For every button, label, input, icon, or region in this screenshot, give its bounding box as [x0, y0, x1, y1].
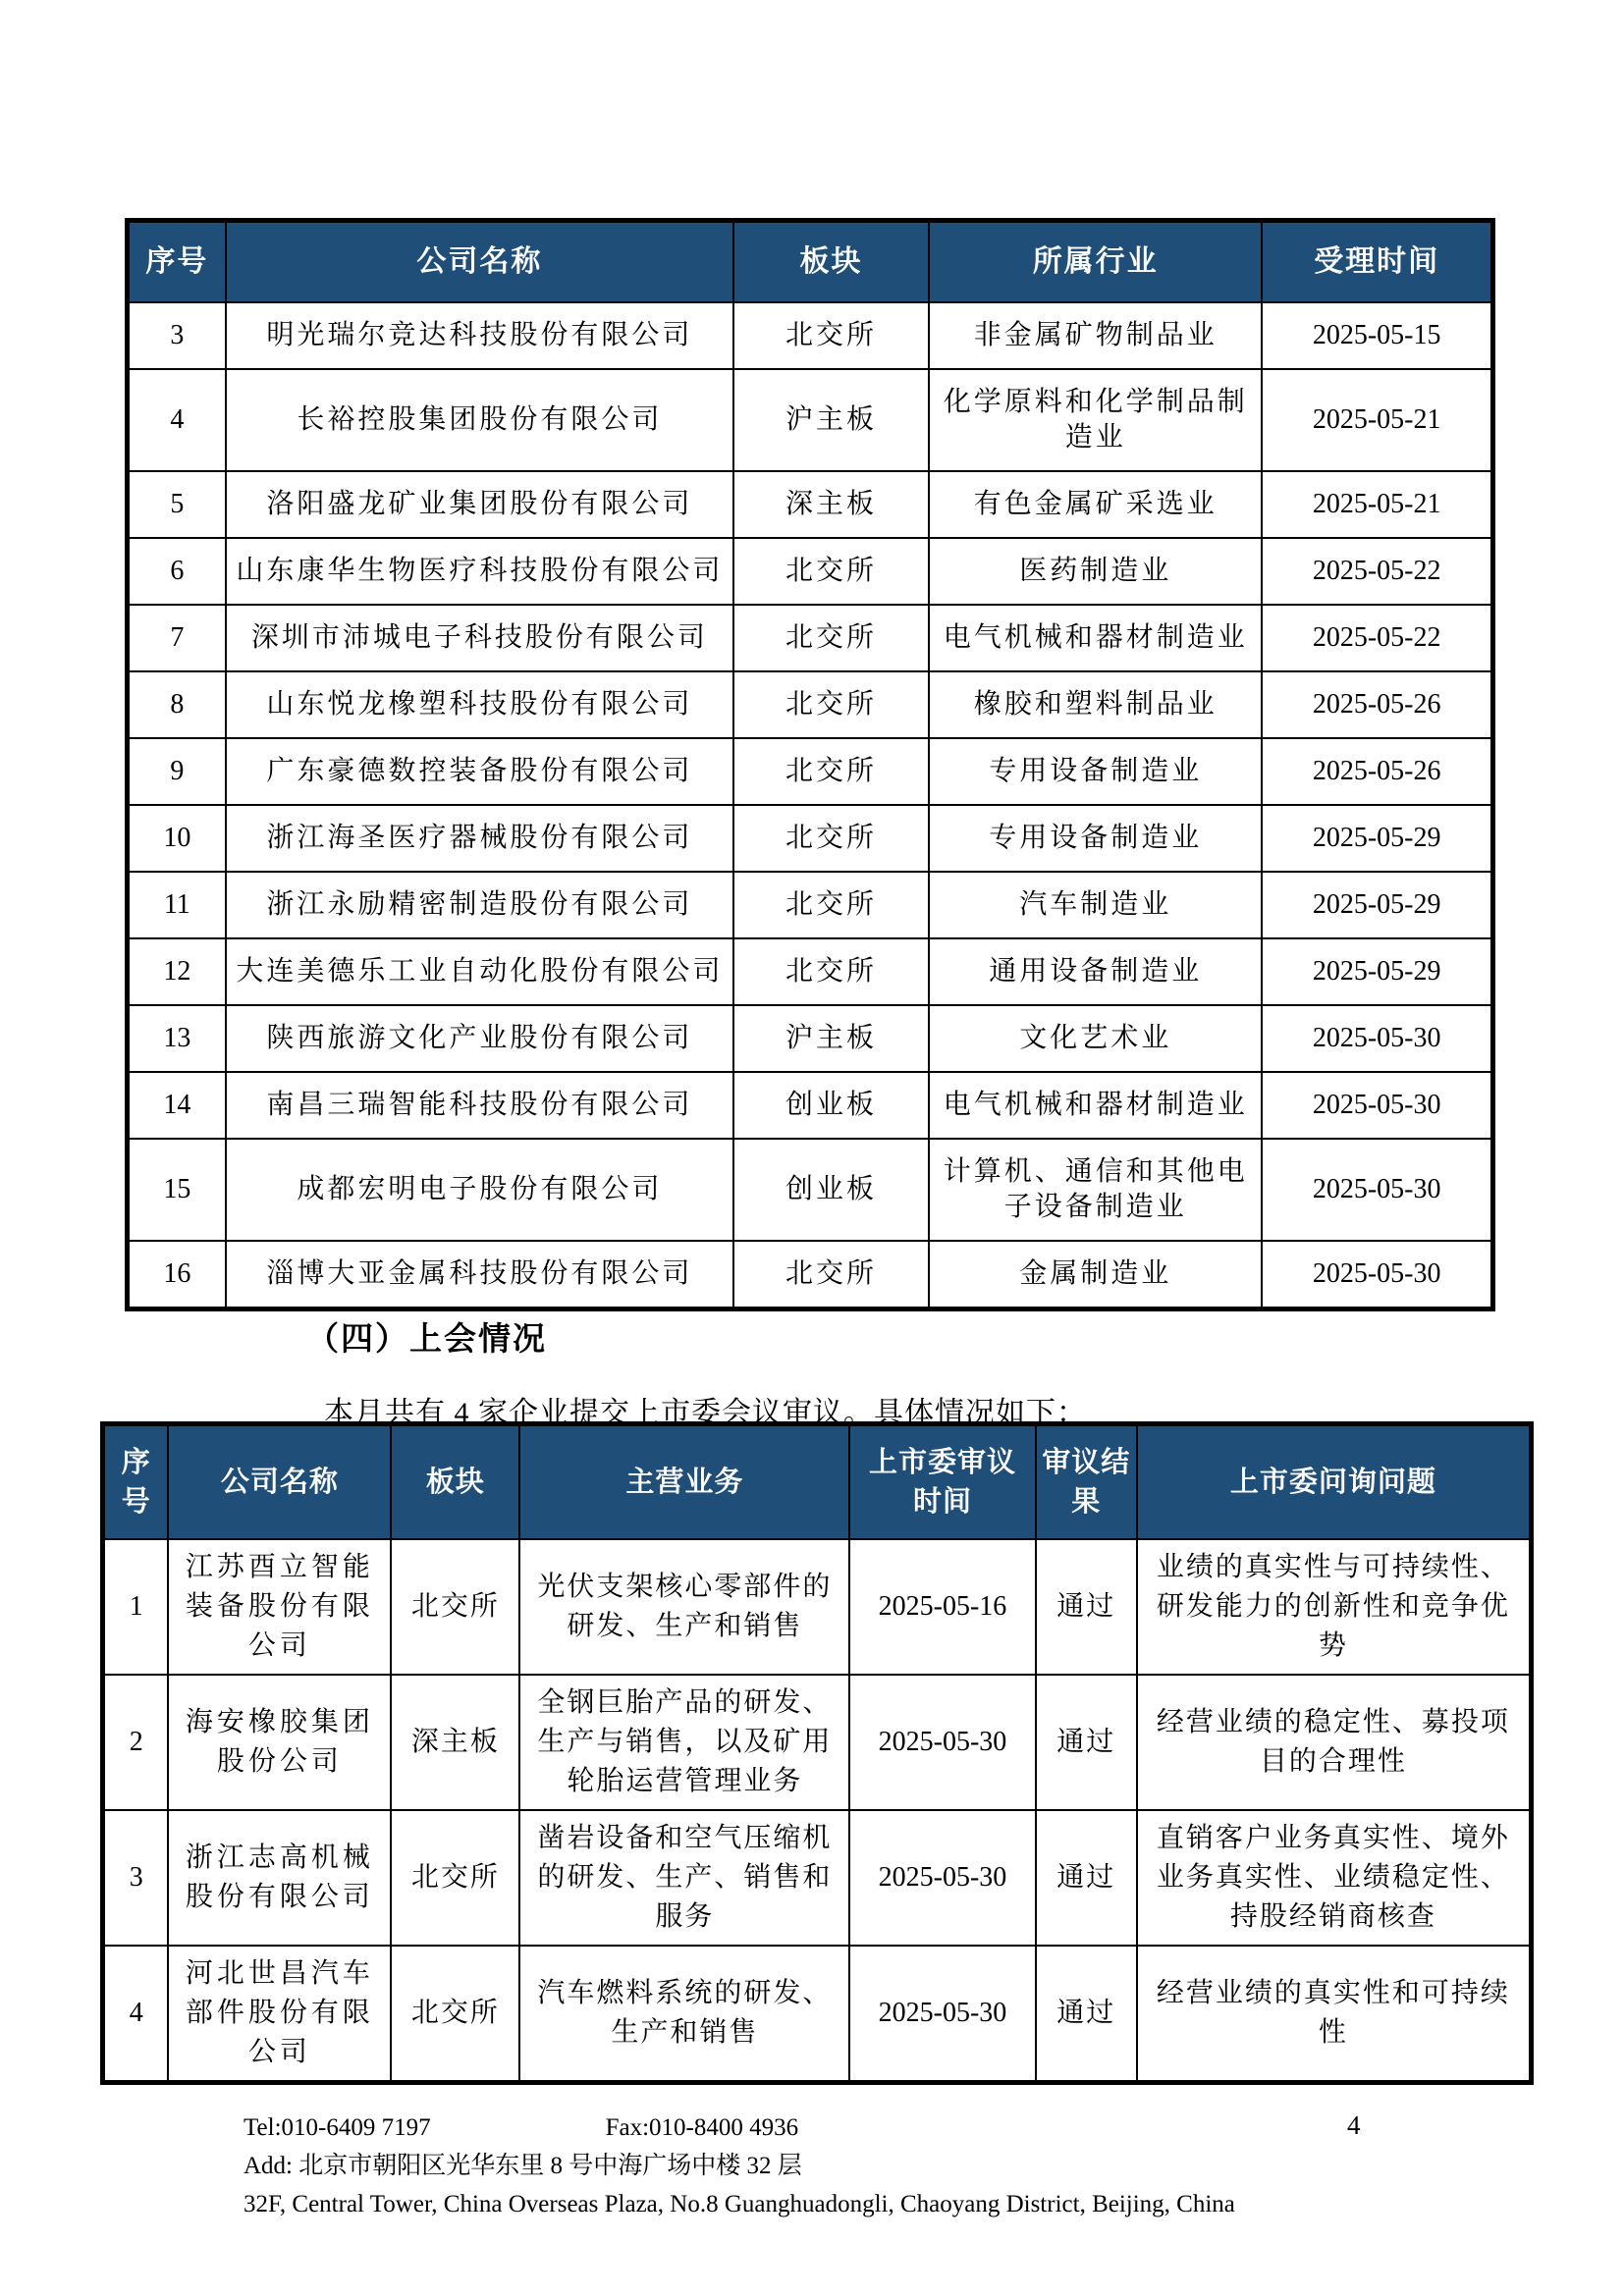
table-cell: 通用设备制造业 [929, 938, 1262, 1005]
table-cell: 北交所 [733, 671, 929, 738]
table-cell: 非金属矿物制品业 [929, 302, 1262, 369]
page-number: 4 [1347, 2110, 1361, 2141]
table-cell: 长裕控股集团股份有限公司 [226, 369, 733, 471]
table-cell: 北交所 [733, 1241, 929, 1309]
table-cell: 江苏酉立智能装备股份有限公司 [168, 1539, 391, 1675]
table-cell: 通过 [1036, 1810, 1137, 1946]
table-row: 12大连美德乐工业自动化股份有限公司北交所通用设备制造业2025-05-29 [128, 938, 1493, 1005]
table-row: 4长裕控股集团股份有限公司沪主板化学原料和化学制品制造业2025-05-21 [128, 369, 1493, 471]
footer-address-cn: Add: 北京市朝阳区光华东里 8 号中海广场中楼 32 层 [244, 2147, 1343, 2185]
table-cell: 深主板 [391, 1675, 519, 1810]
table-cell: 广东豪德数控装备股份有限公司 [226, 738, 733, 805]
table-row: 13陕西旅游文化产业股份有限公司沪主板文化艺术业2025-05-30 [128, 1005, 1493, 1072]
table-cell: 4 [103, 1946, 169, 2083]
footer-tel: Tel:010-6409 7197 [244, 2114, 431, 2141]
table-cell: 通过 [1036, 1539, 1137, 1675]
table-cell: 北交所 [733, 738, 929, 805]
table-cell: 南昌三瑞智能科技股份有限公司 [226, 1072, 733, 1139]
table-row: 3浙江志高机械股份有限公司北交所凿岩设备和空气压缩机的研发、生产、销售和服务20… [103, 1810, 1532, 1946]
table-cell: 北交所 [733, 872, 929, 938]
table-cell: 北交所 [391, 1810, 519, 1946]
header-row: 序号公司名称板块所属行业受理时间 [128, 221, 1493, 303]
table-cell: 7 [128, 605, 226, 671]
table-cell: 10 [128, 805, 226, 872]
table-cell: 3 [103, 1810, 169, 1946]
table-cell: 专用设备制造业 [929, 805, 1262, 872]
table-cell: 北交所 [391, 1539, 519, 1675]
table-cell: 北交所 [733, 938, 929, 1005]
table-cell: 浙江永励精密制造股份有限公司 [226, 872, 733, 938]
table-cell: 2025-05-30 [1262, 1139, 1492, 1241]
column-header: 审议结果 [1036, 1424, 1137, 1540]
footer-contact-line: Tel:010-6409 7197Fax:010-8400 4936 [244, 2109, 1343, 2147]
table-cell: 2025-05-16 [849, 1539, 1035, 1675]
table-cell: 2025-05-30 [849, 1675, 1035, 1810]
table-row: 8山东悦龙橡塑科技股份有限公司北交所橡胶和塑料制品业2025-05-26 [128, 671, 1493, 738]
table-cell: 5 [128, 471, 226, 538]
table-cell: 金属制造业 [929, 1241, 1262, 1309]
table-cell: 明光瑞尔竞达科技股份有限公司 [226, 302, 733, 369]
table-cell: 2025-05-30 [849, 1810, 1035, 1946]
table-cell: 14 [128, 1072, 226, 1139]
table-cell: 业绩的真实性与可持续性、研发能力的创新性和竞争优势 [1137, 1539, 1532, 1675]
table-cell: 山东康华生物医疗科技股份有限公司 [226, 538, 733, 605]
table-cell: 2 [103, 1675, 169, 1810]
table-cell: 北交所 [391, 1946, 519, 2083]
listing-committee-table: 序号公司名称板块主营业务上市委审议时间审议结果上市委问询问题1江苏酉立智能装备股… [100, 1421, 1534, 2085]
table-cell: 2025-05-22 [1262, 538, 1492, 605]
table-cell: 2025-05-30 [1262, 1072, 1492, 1139]
table-cell: 深圳市沛城电子科技股份有限公司 [226, 605, 733, 671]
table-cell: 经营业绩的真实性和可持续性 [1137, 1946, 1532, 2083]
table-cell: 有色金属矿采选业 [929, 471, 1262, 538]
table-cell: 专用设备制造业 [929, 738, 1262, 805]
table-cell: 光伏支架核心零部件的研发、生产和销售 [519, 1539, 849, 1675]
table-cell: 6 [128, 538, 226, 605]
table-cell: 陕西旅游文化产业股份有限公司 [226, 1005, 733, 1072]
table-cell: 2025-05-29 [1262, 938, 1492, 1005]
table-cell: 经营业绩的稳定性、募投项目的合理性 [1137, 1675, 1532, 1810]
table-cell: 创业板 [733, 1072, 929, 1139]
table-cell: 2025-05-30 [1262, 1005, 1492, 1072]
table-cell: 4 [128, 369, 226, 471]
table-cell: 3 [128, 302, 226, 369]
table-cell: 山东悦龙橡塑科技股份有限公司 [226, 671, 733, 738]
table-cell: 2025-05-21 [1262, 471, 1492, 538]
table-cell: 河北世昌汽车部件股份有限公司 [168, 1946, 391, 2083]
table-cell: 16 [128, 1241, 226, 1309]
table-cell: 深主板 [733, 471, 929, 538]
column-header: 公司名称 [168, 1424, 391, 1540]
table-cell: 文化艺术业 [929, 1005, 1262, 1072]
table-cell: 医药制造业 [929, 538, 1262, 605]
column-header: 公司名称 [226, 221, 733, 303]
table-row: 2海安橡胶集团股份公司深主板全钢巨胎产品的研发、生产与销售，以及矿用轮胎运营管理… [103, 1675, 1532, 1810]
table-cell: 2025-05-26 [1262, 671, 1492, 738]
page-footer: Tel:010-6409 7197Fax:010-8400 4936 Add: … [244, 2109, 1343, 2223]
table-row: 5洛阳盛龙矿业集团股份有限公司深主板有色金属矿采选业2025-05-21 [128, 471, 1493, 538]
column-header: 受理时间 [1262, 221, 1492, 303]
column-header: 所属行业 [929, 221, 1262, 303]
table-cell: 成都宏明电子股份有限公司 [226, 1139, 733, 1241]
table-cell: 2025-05-22 [1262, 605, 1492, 671]
table-cell: 北交所 [733, 605, 929, 671]
table-cell: 15 [128, 1139, 226, 1241]
table-cell: 北交所 [733, 805, 929, 872]
table-row: 9广东豪德数控装备股份有限公司北交所专用设备制造业2025-05-26 [128, 738, 1493, 805]
table-cell: 汽车制造业 [929, 872, 1262, 938]
table-cell: 浙江志高机械股份有限公司 [168, 1810, 391, 1946]
table-cell: 2025-05-26 [1262, 738, 1492, 805]
table-cell: 通过 [1036, 1675, 1137, 1810]
table-cell: 淄博大亚金属科技股份有限公司 [226, 1241, 733, 1309]
table-cell: 凿岩设备和空气压缩机的研发、生产、销售和服务 [519, 1810, 849, 1946]
footer-fax: Fax:010-8400 4936 [606, 2114, 799, 2141]
table-cell: 橡胶和塑料制品业 [929, 671, 1262, 738]
table-row: 1江苏酉立智能装备股份有限公司北交所光伏支架核心零部件的研发、生产和销售2025… [103, 1539, 1532, 1675]
column-header: 板块 [733, 221, 929, 303]
table-cell: 11 [128, 872, 226, 938]
table-cell: 2025-05-29 [1262, 872, 1492, 938]
header-row: 序号公司名称板块主营业务上市委审议时间审议结果上市委问询问题 [103, 1424, 1532, 1540]
table-row: 3明光瑞尔竞达科技股份有限公司北交所非金属矿物制品业2025-05-15 [128, 302, 1493, 369]
table-row: 10浙江海圣医疗器械股份有限公司北交所专用设备制造业2025-05-29 [128, 805, 1493, 872]
table-cell: 汽车燃料系统的研发、生产和销售 [519, 1946, 849, 2083]
table-cell: 2025-05-15 [1262, 302, 1492, 369]
table-cell: 2025-05-21 [1262, 369, 1492, 471]
table-cell: 电气机械和器材制造业 [929, 1072, 1262, 1139]
table-row: 14南昌三瑞智能科技股份有限公司创业板电气机械和器材制造业2025-05-30 [128, 1072, 1493, 1139]
column-header: 序号 [103, 1424, 169, 1540]
table-cell: 12 [128, 938, 226, 1005]
table-cell: 2025-05-30 [1262, 1241, 1492, 1309]
table-cell: 海安橡胶集团股份公司 [168, 1675, 391, 1810]
table-cell: 北交所 [733, 538, 929, 605]
footer-address-en: 32F, Central Tower, China Overseas Plaza… [244, 2185, 1343, 2223]
table-row: 7深圳市沛城电子科技股份有限公司北交所电气机械和器材制造业2025-05-22 [128, 605, 1493, 671]
table-cell: 2025-05-29 [1262, 805, 1492, 872]
table-cell: 8 [128, 671, 226, 738]
table-row: 16淄博大亚金属科技股份有限公司北交所金属制造业2025-05-30 [128, 1241, 1493, 1309]
column-header: 上市委审议时间 [849, 1424, 1035, 1540]
table-row: 11浙江永励精密制造股份有限公司北交所汽车制造业2025-05-29 [128, 872, 1493, 938]
table-cell: 沪主板 [733, 1005, 929, 1072]
column-header: 板块 [391, 1424, 519, 1540]
table-cell: 北交所 [733, 302, 929, 369]
table-row: 15成都宏明电子股份有限公司创业板计算机、通信和其他电子设备制造业2025-05… [128, 1139, 1493, 1241]
table-cell: 通过 [1036, 1946, 1137, 2083]
table-cell: 计算机、通信和其他电子设备制造业 [929, 1139, 1262, 1241]
table-cell: 电气机械和器材制造业 [929, 605, 1262, 671]
column-header: 序号 [128, 221, 226, 303]
table-cell: 化学原料和化学制品制造业 [929, 369, 1262, 471]
table-cell: 沪主板 [733, 369, 929, 471]
table-row: 4河北世昌汽车部件股份有限公司北交所汽车燃料系统的研发、生产和销售2025-05… [103, 1946, 1532, 2083]
ipo-acceptance-table: 序号公司名称板块所属行业受理时间3明光瑞尔竞达科技股份有限公司北交所非金属矿物制… [125, 218, 1495, 1311]
table-cell: 洛阳盛龙矿业集团股份有限公司 [226, 471, 733, 538]
column-header: 上市委问询问题 [1137, 1424, 1532, 1540]
table-cell: 浙江海圣医疗器械股份有限公司 [226, 805, 733, 872]
table-cell: 创业板 [733, 1139, 929, 1241]
table-cell: 大连美德乐工业自动化股份有限公司 [226, 938, 733, 1005]
table-cell: 9 [128, 738, 226, 805]
table-cell: 1 [103, 1539, 169, 1675]
table-cell: 2025-05-30 [849, 1946, 1035, 2083]
section-heading: （四）上会情况 [306, 1313, 547, 1360]
table-row: 6山东康华生物医疗科技股份有限公司北交所医药制造业2025-05-22 [128, 538, 1493, 605]
table-cell: 全钢巨胎产品的研发、生产与销售，以及矿用轮胎运营管理业务 [519, 1675, 849, 1810]
document-page: 序号公司名称板块所属行业受理时间3明光瑞尔竞达科技股份有限公司北交所非金属矿物制… [0, 0, 1624, 2296]
table-cell: 13 [128, 1005, 226, 1072]
table-cell: 直销客户业务真实性、境外业务真实性、业绩稳定性、持股经销商核查 [1137, 1810, 1532, 1946]
column-header: 主营业务 [519, 1424, 849, 1540]
